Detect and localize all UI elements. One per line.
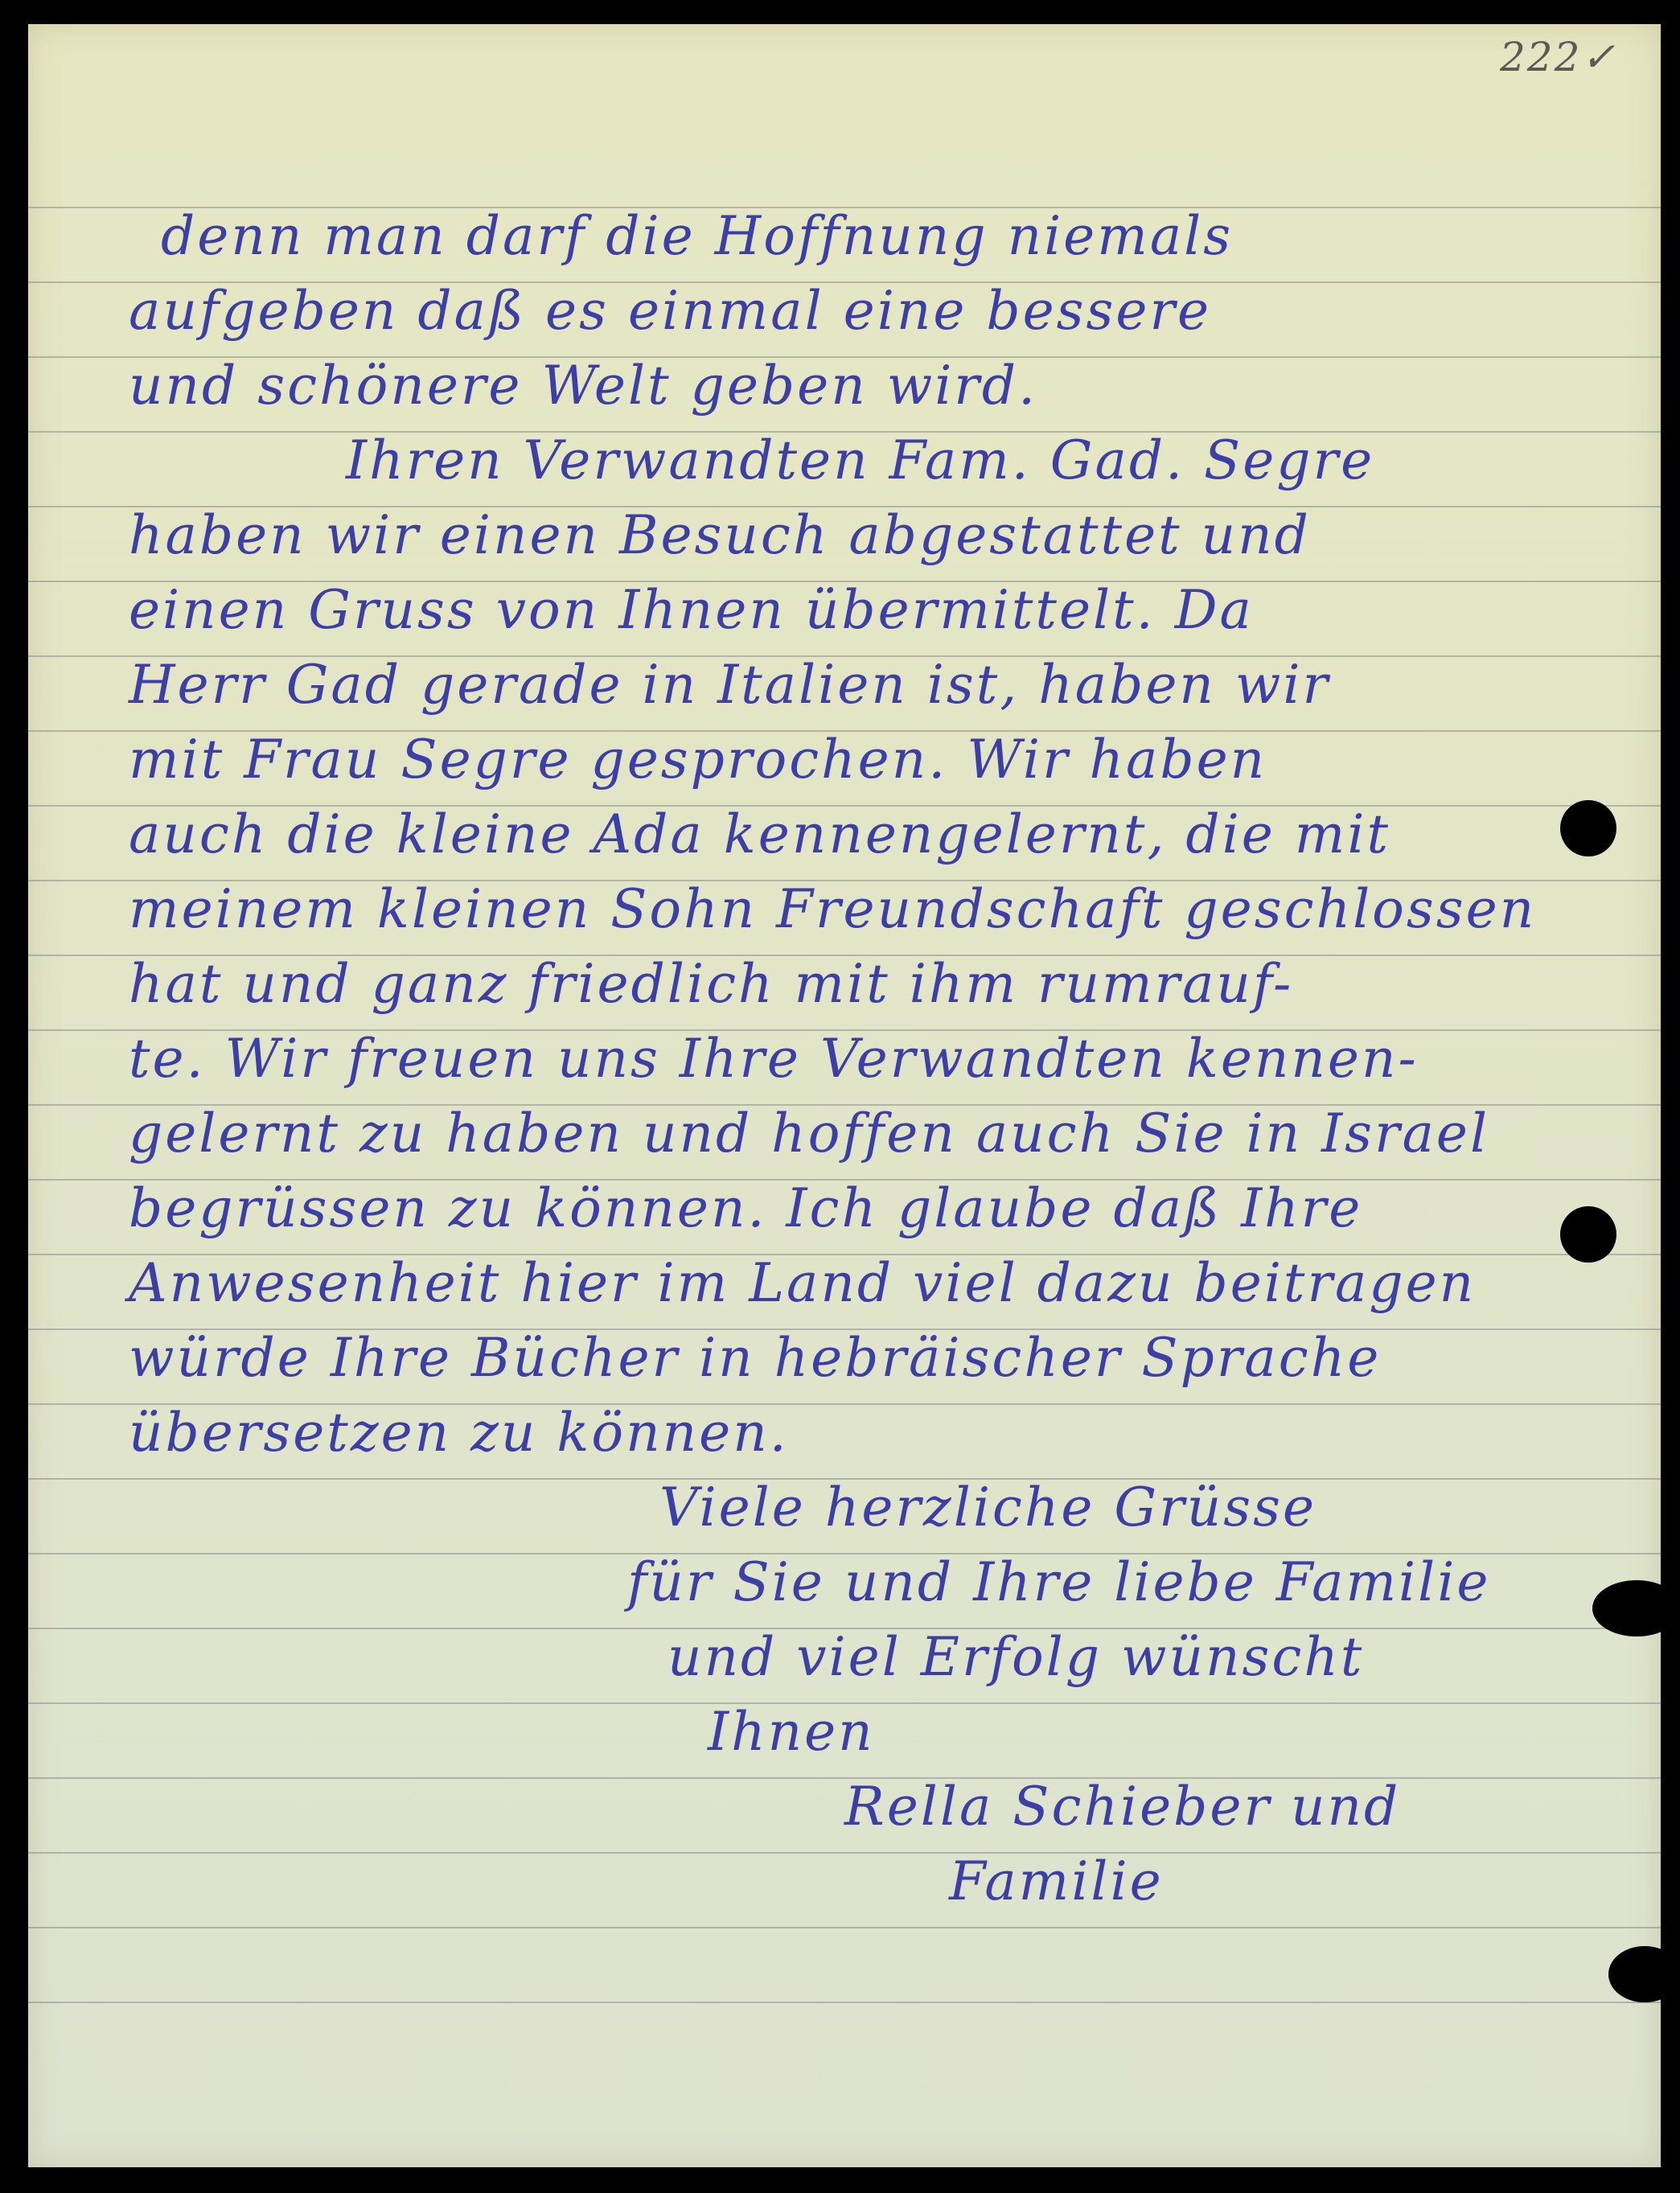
closing-line: Viele herzliche Grüsse [659,1476,1316,1538]
closing-line: Ihnen [708,1701,875,1763]
ruled-line [28,1852,1661,1854]
letter-line: haben wir einen Besuch abgestattet und [129,504,1311,566]
letter-line: würde Ihre Bücher in hebräischer Sprache [129,1327,1381,1389]
closing-line: für Sie und Ihre liebe Familie [627,1551,1490,1613]
signature-line: Rella Schieber und [844,1776,1400,1838]
letter-line: Ihren Verwandten Fam. Gad. Segre [346,429,1374,491]
letter-line: einen Gruss von Ihnen übermittelt. Da [129,579,1254,641]
ruled-line [28,1927,1661,1928]
archive-page-number: 222✓ [1500,34,1616,80]
letter-line: und schönere Welt geben wird. [129,355,1037,417]
letter-line: aufgeben daß es einmal eine bessere [129,280,1211,342]
punch-hole [1560,1206,1616,1263]
letter-line: übersetzen zu können. [129,1402,789,1464]
signature-line: Familie [949,1850,1164,1912]
ruled-line [28,2002,1661,2003]
punch-hole [1592,1580,1680,1637]
punch-hole [1560,800,1616,856]
letter-line: begrüssen zu können. Ich glaube daß Ihre [129,1177,1362,1239]
letter-line: gelernt zu haben und hoffen auch Sie in … [129,1103,1489,1164]
letter-line: meinem kleinen Sohn Freundschaft geschlo… [129,878,1536,940]
letter-line: denn man darf die Hoffnung niemals [161,205,1233,267]
letter-line: mit Frau Segre gesprochen. Wir haben [129,729,1267,791]
letter-line: Herr Gad gerade in Italien ist, haben wi… [129,654,1330,716]
letter-line: te. Wir freuen uns Ihre Verwandten kenne… [129,1028,1419,1090]
punch-hole [1608,1946,1680,2002]
closing-line: und viel Erfolg wünscht [667,1626,1364,1688]
letter-line: auch die kleine Ada kennengelernt, die m… [129,803,1390,865]
letter-line: hat und ganz friedlich mit ihm rumrauf- [129,953,1293,1015]
letter-line: Anwesenheit hier im Land viel dazu beitr… [129,1252,1476,1314]
letter-page [28,24,1661,2167]
